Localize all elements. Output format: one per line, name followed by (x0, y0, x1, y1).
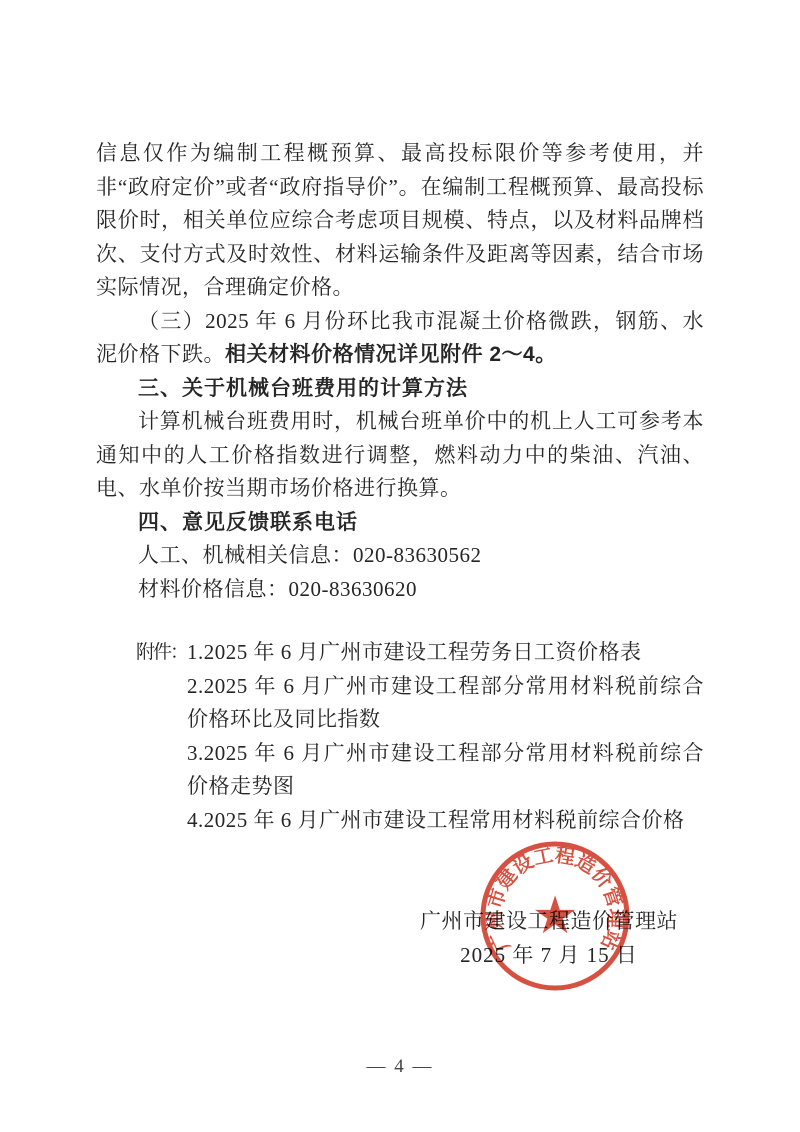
document-page: 信息仅作为编制工程概预算、最高投标限价等参考使用，并非“政府定价”或者“政府指导… (0, 0, 800, 1132)
signature-organization: 广州市建设工程造价管理站 (418, 905, 680, 939)
signature-block: 广州市建设工程造价管理站 2025 年 7 月 15 日 (418, 905, 680, 972)
attachments-label: 附件： (136, 636, 187, 837)
signature-date: 2025 年 7 月 15 日 (418, 939, 680, 973)
attachment-item: 1.2025 年 6 月广州市建设工程劳务日工资价格表 (187, 636, 704, 670)
document-content: 信息仅作为编制工程概预算、最高投标限价等参考使用，并非“政府定价”或者“政府指导… (96, 137, 704, 972)
attachment-item: 3.2025 年 6 月广州市建设工程部分常用材料税前综合价格走势图 (187, 737, 704, 804)
attachment-item: 4.2025 年 6 月广州市建设工程常用材料税前综合价格 (187, 804, 704, 838)
contact-material-price-phone: 材料价格信息：020-83630620 (96, 573, 704, 607)
paragraph-pricing-reference-note: 信息仅作为编制工程概预算、最高投标限价等参考使用，并非“政府定价”或者“政府指导… (96, 137, 704, 305)
page-number: — 4 — (0, 1050, 800, 1084)
paragraph-machinery-calculation: 计算机械台班费用时，机械台班单价中的机上人工可参考本通知中的人工价格指数进行调整… (96, 405, 704, 506)
heading-section-4-feedback-phone: 四、意见反馈联系电话 (96, 506, 704, 540)
attachment-item: 2.2025 年 6 月广州市建设工程部分常用材料税前综合价格环比及同比指数 (187, 670, 704, 737)
heading-section-3-machinery-cost: 三、关于机械台班费用的计算方法 (96, 372, 704, 406)
attachments-list: 1.2025 年 6 月广州市建设工程劳务日工资价格表2.2025 年 6 月广… (187, 636, 704, 837)
attachments-block: 附件： 1.2025 年 6 月广州市建设工程劳务日工资价格表2.2025 年 … (136, 636, 704, 837)
paragraph-june-price-changes: （三）2025 年 6 月份环比我市混凝土价格微跌，钢筋、水泥价格下跌。相关材料… (96, 305, 704, 372)
paragraph-june-price-changes-bold: 相关材料价格情况详见附件 2～4。 (225, 343, 557, 366)
contact-labor-machinery-phone: 人工、机械相关信息：020-83630562 (96, 539, 704, 573)
